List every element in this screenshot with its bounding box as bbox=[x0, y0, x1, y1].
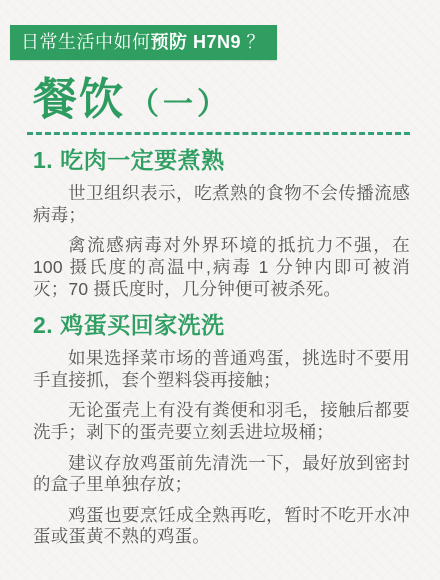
section-1: 1. 吃肉一定要煮熟 世卫组织表示，吃煮熟的食物不会传播流感病毒； 禽流感病毒对… bbox=[33, 148, 410, 300]
paragraph: 建议存放鸡蛋前先清洗一下，最好放到密封的盒子里单独存放； bbox=[33, 453, 410, 496]
content-area: 1. 吃肉一定要煮熟 世卫组织表示，吃煮熟的食物不会传播流感病毒； 禽流感病毒对… bbox=[33, 148, 410, 548]
health-infographic-poster: 日常生活中如何预防 H7N9 ？ 餐饮 （一） 1. 吃肉一定要煮熟 世卫组织表… bbox=[0, 0, 440, 580]
banner-text-highlight: 预防 H7N9 bbox=[151, 32, 242, 52]
section-2: 2. 鸡蛋买回家洗洗 如果选择菜市场的普通鸡蛋，挑选时不要用手直接抓，套个塑料袋… bbox=[33, 313, 410, 548]
page-title-main: 餐饮 bbox=[33, 78, 125, 122]
banner-text-prefix: 日常生活中如何 bbox=[21, 32, 151, 52]
top-banner: 日常生活中如何预防 H7N9 ？ bbox=[10, 25, 277, 60]
paragraph: 世卫组织表示，吃煮熟的食物不会传播流感病毒； bbox=[33, 183, 410, 226]
dashed-divider bbox=[27, 132, 410, 135]
section-2-heading: 2. 鸡蛋买回家洗洗 bbox=[33, 313, 410, 337]
banner-text-suffix: ？ bbox=[241, 32, 265, 52]
paragraph: 如果选择菜市场的普通鸡蛋，挑选时不要用手直接抓，套个塑料袋再接触； bbox=[33, 348, 410, 391]
page-title-sub: （一） bbox=[129, 90, 231, 120]
paragraph: 禽流感病毒对外界环境的抵抗力不强，在100 摄氏度的高温中,病毒 1 分钟内即可… bbox=[33, 235, 410, 300]
paragraph: 无论蛋壳上有没有粪便和羽毛，接触后都要洗手；剥下的蛋壳要立刻丢进垃圾桶； bbox=[33, 400, 410, 443]
page-title: 餐饮 （一） bbox=[33, 78, 440, 122]
section-1-heading: 1. 吃肉一定要煮熟 bbox=[33, 148, 410, 172]
paragraph: 鸡蛋也要烹饪成全熟再吃，暂时不吃开水冲蛋或蛋黄不熟的鸡蛋。 bbox=[33, 505, 410, 548]
